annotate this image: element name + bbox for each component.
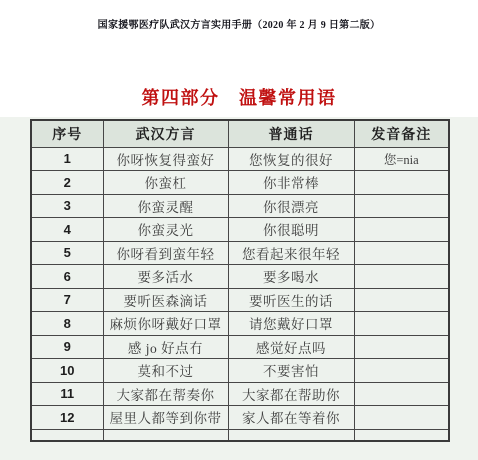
cell-row-number: 2 — [31, 171, 103, 195]
cell-mandarin: 要听医生的话 — [228, 288, 354, 312]
table-row: 2 你蛮杠 你非常棒 — [31, 171, 449, 195]
table-row: 3 你蛮灵醒 你很漂亮 — [31, 194, 449, 218]
cell-pronunciation-note — [354, 382, 449, 406]
cell-row-number: 5 — [31, 241, 103, 265]
table-row: 7 要听医森滴话 要听医生的话 — [31, 288, 449, 312]
cell-mandarin: 你非常棒 — [228, 171, 354, 195]
cell-wuhan-dialect: 屋里人都等到你带 — [103, 406, 228, 430]
cell-wuhan-dialect: 感 jo 好点冇 — [103, 335, 228, 359]
column-header-note: 发音备注 — [354, 120, 449, 147]
table-row: 10 莫和不过 不要害怕 — [31, 359, 449, 383]
cell-row-number: 8 — [31, 312, 103, 336]
column-header-dialect: 武汉方言 — [103, 120, 228, 147]
cell-pronunciation-note — [354, 265, 449, 289]
cell-mandarin: 你很聪明 — [228, 218, 354, 242]
cell-pronunciation-note — [354, 335, 449, 359]
cell-wuhan-dialect: 你呀看到蛮年轻 — [103, 241, 228, 265]
cell-row-number: 3 — [31, 194, 103, 218]
table-row: 4 你蛮灵光 你很聪明 — [31, 218, 449, 242]
cell-wuhan-dialect: 你蛮灵醒 — [103, 194, 228, 218]
cell-row-number: 1 — [31, 147, 103, 171]
cell-wuhan-dialect: 要多活水 — [103, 265, 228, 289]
cell-mandarin: 家人都在等着你 — [228, 406, 354, 430]
cell-pronunciation-note — [354, 359, 449, 383]
cell-row-number: 9 — [31, 335, 103, 359]
cell-pronunciation-note: 您=nia — [354, 147, 449, 171]
section-title: 第四部分 温馨常用语 — [0, 84, 478, 110]
table-row: 5 你呀看到蛮年轻 您看起来很年轻 — [31, 241, 449, 265]
table-row: 9 感 jo 好点冇 感觉好点吗 — [31, 335, 449, 359]
cell-mandarin: 您看起来很年轻 — [228, 241, 354, 265]
table-row: 1 你呀恢复得蛮好 您恢复的很好 您=nia — [31, 147, 449, 171]
cell-row-number — [31, 429, 103, 441]
cell-row-number: 7 — [31, 288, 103, 312]
cell-pronunciation-note — [354, 171, 449, 195]
cell-mandarin: 感觉好点吗 — [228, 335, 354, 359]
table-header-row: 序号 武汉方言 普通话 发音备注 — [31, 120, 449, 147]
table-row: 8 麻烦你呀戴好口罩 请您戴好口罩 — [31, 312, 449, 336]
cell-pronunciation-note — [354, 429, 449, 441]
cell-mandarin: 大家都在帮助你 — [228, 382, 354, 406]
cell-mandarin: 要多喝水 — [228, 265, 354, 289]
cell-pronunciation-note — [354, 406, 449, 430]
cell-wuhan-dialect: 要听医森滴话 — [103, 288, 228, 312]
cell-row-number: 12 — [31, 406, 103, 430]
cell-mandarin: 不要害怕 — [228, 359, 354, 383]
cell-pronunciation-note — [354, 312, 449, 336]
cell-wuhan-dialect — [103, 429, 228, 441]
phrase-table: 序号 武汉方言 普通话 发音备注 1 你呀恢复得蛮好 您恢复的很好 您=nia … — [30, 119, 450, 442]
cell-mandarin: 你很漂亮 — [228, 194, 354, 218]
table-row: 12 屋里人都等到你带 家人都在等着你 — [31, 406, 449, 430]
cell-row-number: 10 — [31, 359, 103, 383]
table-row: 6 要多活水 要多喝水 — [31, 265, 449, 289]
cell-wuhan-dialect: 你蛮杠 — [103, 171, 228, 195]
cell-pronunciation-note — [354, 241, 449, 265]
table-body: 1 你呀恢复得蛮好 您恢复的很好 您=nia 2 你蛮杠 你非常棒 3 你蛮灵醒… — [31, 147, 449, 441]
cell-pronunciation-note — [354, 288, 449, 312]
cell-pronunciation-note — [354, 194, 449, 218]
column-header-no: 序号 — [31, 120, 103, 147]
cell-wuhan-dialect: 莫和不过 — [103, 359, 228, 383]
cell-wuhan-dialect: 你呀恢复得蛮好 — [103, 147, 228, 171]
cell-wuhan-dialect: 麻烦你呀戴好口罩 — [103, 312, 228, 336]
cell-row-number: 4 — [31, 218, 103, 242]
document-header: 国家援鄂医疗队武汉方言实用手册（2020 年 2 月 9 日第二版） — [0, 16, 478, 31]
cell-row-number: 6 — [31, 265, 103, 289]
cell-mandarin — [228, 429, 354, 441]
cell-pronunciation-note — [354, 218, 449, 242]
column-header-mandarin: 普通话 — [228, 120, 354, 147]
cell-wuhan-dialect: 你蛮灵光 — [103, 218, 228, 242]
cell-mandarin: 请您戴好口罩 — [228, 312, 354, 336]
table-row-partial — [31, 429, 449, 441]
cell-row-number: 11 — [31, 382, 103, 406]
table-row: 11 大家都在帮奏你 大家都在帮助你 — [31, 382, 449, 406]
cell-mandarin: 您恢复的很好 — [228, 147, 354, 171]
cell-wuhan-dialect: 大家都在帮奏你 — [103, 382, 228, 406]
